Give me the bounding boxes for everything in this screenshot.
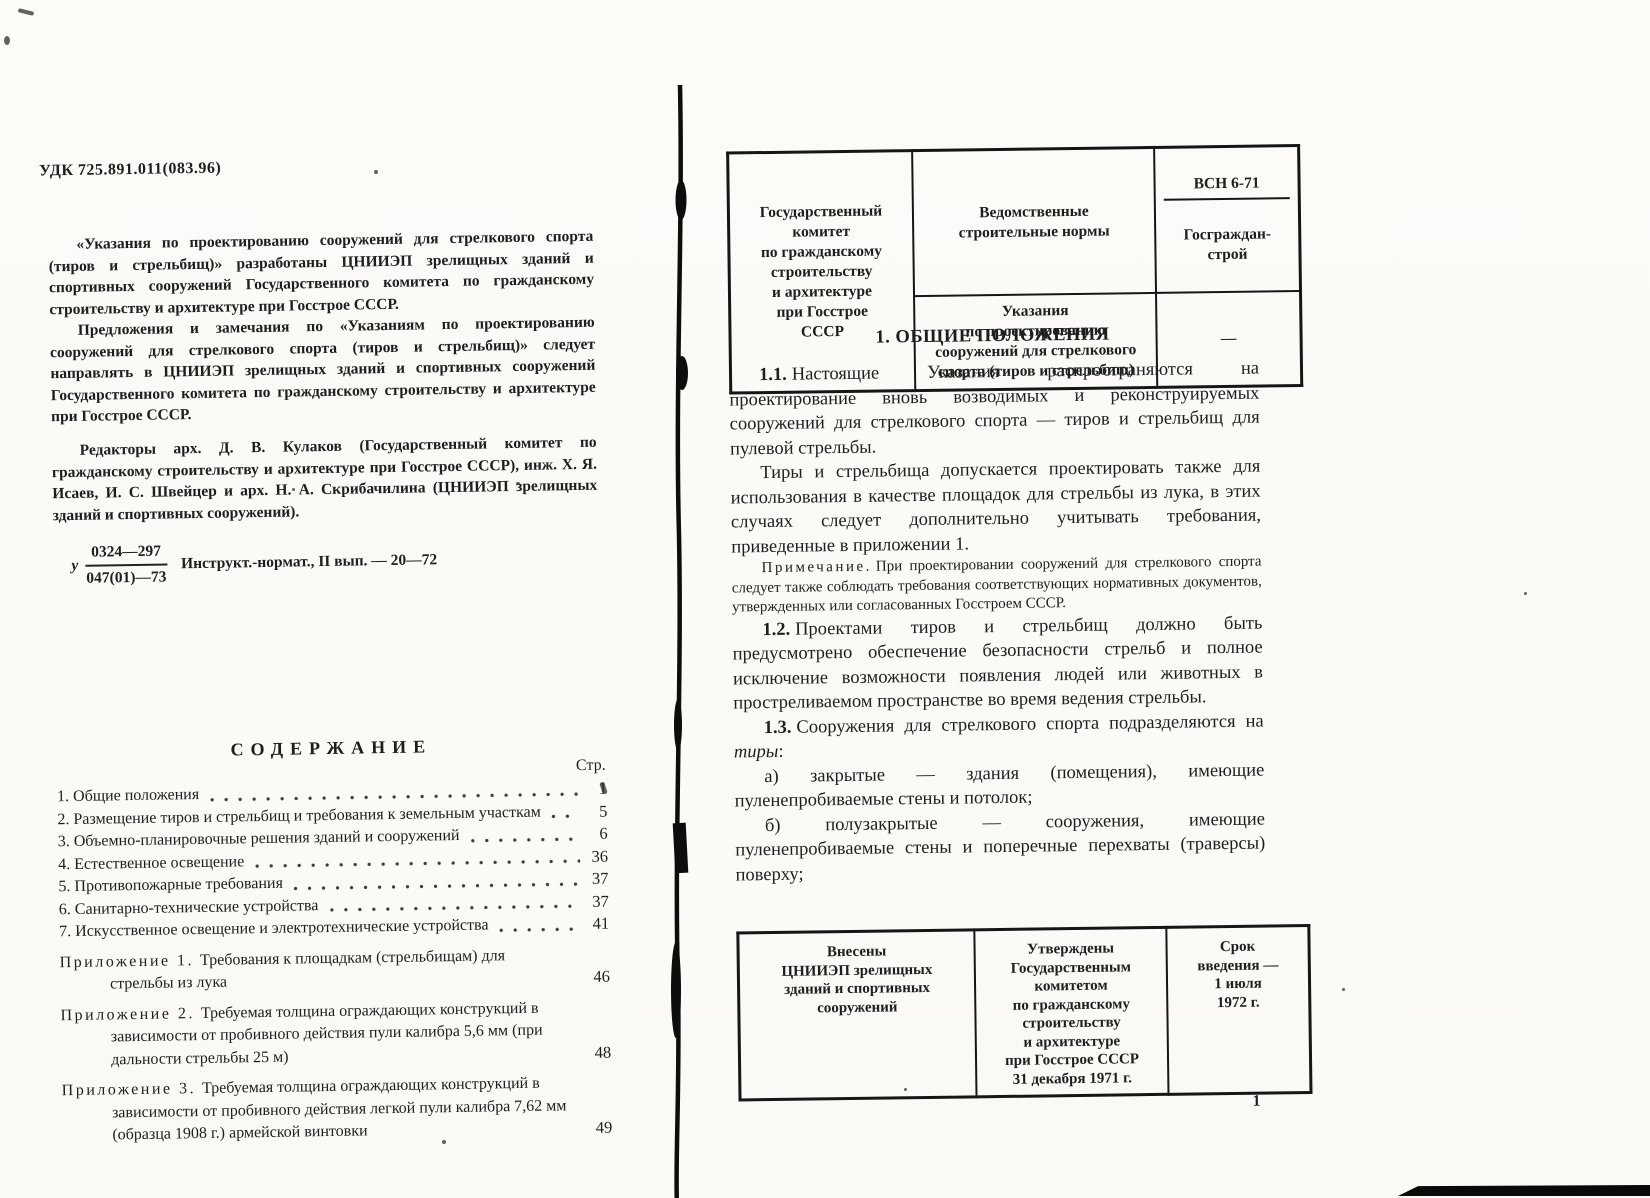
dot-leader — [470, 836, 580, 844]
catalog-index-line: у 0324—297 047(01)—73 Инструкт.-нормат.,… — [71, 538, 437, 588]
paragraph-1-1-cont: Тиры и стрельбища допускается проектиров… — [730, 455, 1261, 560]
note-label: Примечание. — [761, 559, 872, 576]
noise-speck — [1342, 988, 1345, 991]
dot-leader — [254, 858, 580, 869]
udk-code: УДК 725.891.011(083.96) — [39, 160, 221, 181]
vsn-code: ВСН 6-71 — [1163, 173, 1289, 201]
paragraph-1-1: 1.1.Настоящие Указания распространяются … — [729, 357, 1260, 462]
appendix-prefix: Приложение 3. — [62, 1080, 197, 1099]
paragraph-1-3: 1.3.Сооружения для стрелкового спорта по… — [734, 709, 1265, 765]
appendix-prefix: Приложение 2. — [60, 1005, 195, 1024]
publication-intro: «Указания по проектированию сооружений д… — [48, 226, 596, 428]
toc-entry-appendix: Приложение 3.Требуемая толщина ограждающ… — [62, 1072, 613, 1148]
italic-term: тиры — [734, 742, 779, 763]
paragraph-number: 1.1. — [759, 365, 787, 385]
dot-leader — [499, 926, 582, 933]
dot-leader — [293, 881, 581, 892]
page-number: 1 — [1252, 1093, 1260, 1111]
submitted-by-cell: Внесены ЦНИИЭП зрелищных зданий и спорти… — [738, 930, 977, 1100]
index-fraction: 0324—297 047(01)—73 — [85, 542, 167, 587]
approval-table: Внесены ЦНИИЭП зрелищных зданий и спорти… — [736, 924, 1312, 1101]
editors-paragraph: Редакторы арх. Д. В. Кулаков (Государств… — [51, 432, 597, 527]
appendix-prefix: Приложение 1. — [60, 952, 195, 971]
toc-entry-appendix: Приложение 1.Требования к площадкам (стр… — [60, 943, 611, 997]
paragraph-number: 1.3. — [764, 717, 792, 737]
note-paragraph: Примечание.При проектировании сооружений… — [731, 553, 1262, 618]
noise-speck — [904, 1088, 907, 1091]
list-item-b: б) полузакрытые — сооружения, имеющие пу… — [735, 807, 1266, 887]
scanned-book-spread: УДК 725.891.011(083.96) «Указания по про… — [0, 0, 1650, 1198]
right-page: Государственный комитет по гражданскому … — [710, 0, 1288, 1198]
fraction-numerator: 0324—297 — [85, 542, 167, 566]
paragraph-number: 1.2. — [762, 619, 790, 639]
noise-speck — [4, 36, 10, 45]
table-of-contents: СОДЕРЖАНИЕ Стр. 1. Общие положения 1 2. … — [56, 734, 612, 1148]
noise-speck — [516, 482, 520, 485]
dot-leader — [328, 903, 581, 913]
toc-entry-appendix: Приложение 2.Требуемая толщина ограждающ… — [60, 996, 611, 1072]
noise-speck — [374, 170, 378, 174]
committee-cell: Государственный комитет по гражданскому … — [728, 151, 916, 393]
intro-paragraph-1: «Указания по проектированию сооружений д… — [48, 226, 594, 321]
left-page: УДК 725.891.011(083.96) «Указания по про… — [33, 0, 620, 1198]
dot-leader — [551, 813, 580, 819]
section-body: 1.1.Настоящие Указания распространяются … — [729, 357, 1266, 888]
index-suffix: Инструкт.-нормат., II вып. — 20—72 — [181, 551, 437, 573]
book-binding-gutter — [642, 85, 712, 1198]
scan-artifact-bar — [1398, 1185, 1650, 1196]
index-prefix: у — [71, 557, 78, 575]
paragraph-1-2: 1.2.Проектами тиров и стрельбищ должно б… — [732, 611, 1263, 716]
code-cell: ВСН 6-71 Госграждан- строй — [1154, 146, 1300, 293]
noise-speck — [1524, 592, 1527, 595]
list-item-a: а) закрытые — здания (помещения), имеющи… — [734, 758, 1265, 814]
fraction-denominator: 047(01)—73 — [85, 565, 167, 587]
intro-paragraph-2: Предложения и замечания по «Указаниям по… — [50, 312, 597, 428]
noise-speck — [442, 1140, 446, 1144]
org-name: Госграждан- строй — [1162, 224, 1293, 266]
norms-type-cell: Ведомственные строительные нормы — [912, 147, 1156, 296]
approved-by-cell: Утверждены Государственным комитетом по … — [974, 927, 1168, 1096]
effective-date-cell: Срок введения — 1 июля 1972 г. — [1166, 925, 1311, 1094]
noise-speck — [292, 488, 295, 491]
